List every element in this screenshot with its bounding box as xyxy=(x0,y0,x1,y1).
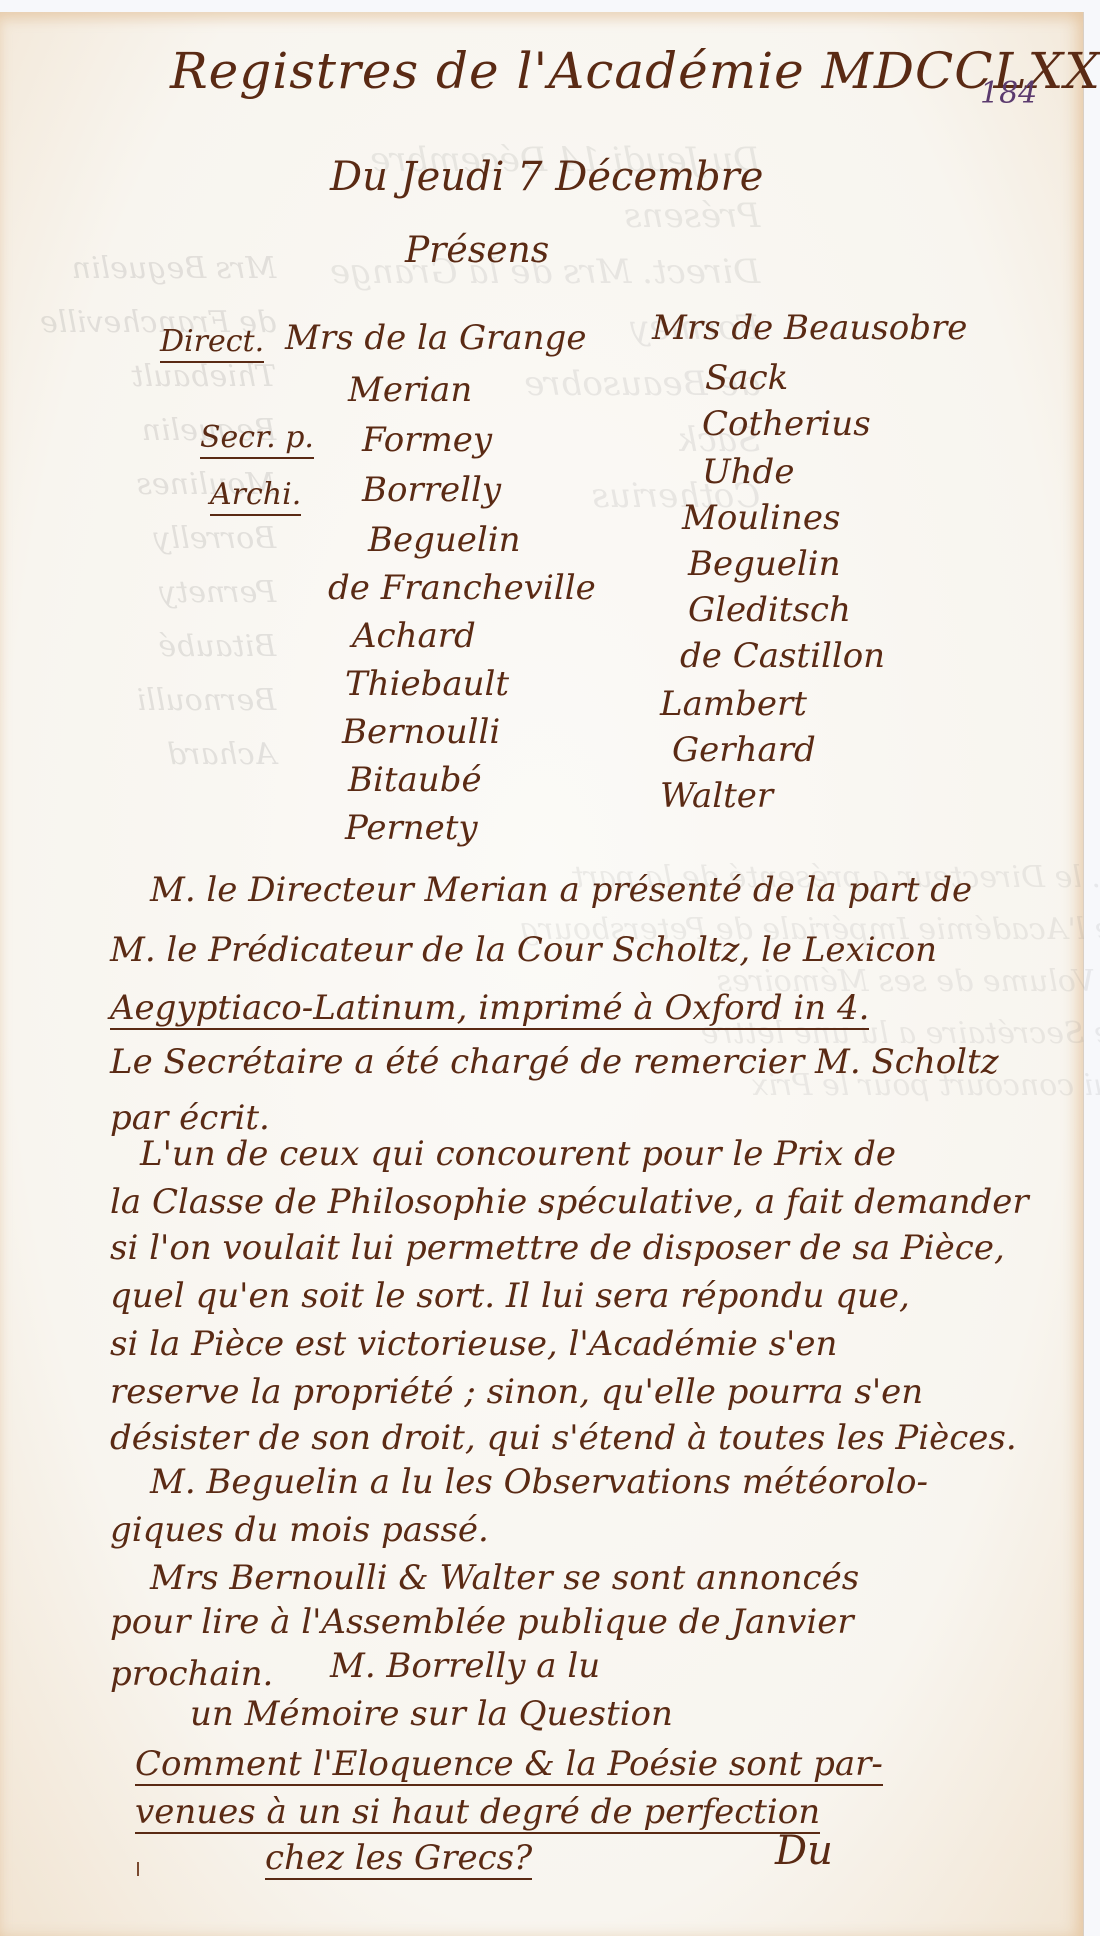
minutes-line: si la Pièce est victorieuse, l'Académie … xyxy=(110,1324,837,1364)
catchword: Du xyxy=(775,1828,833,1874)
member-name: Uhde xyxy=(702,452,794,492)
minutes-line-question: Comment l'Eloquence & la Poésie sont par… xyxy=(135,1744,883,1786)
minutes-line: reserve la propriété ; sinon, qu'elle po… xyxy=(110,1372,923,1412)
register-heading: Registres de l'Académie MDCCLXXV. xyxy=(170,42,1100,100)
minutes-line: Le Secrétaire a été chargé de remercier … xyxy=(110,1042,999,1082)
minutes-line: giques du mois passé. xyxy=(110,1510,489,1550)
manuscript-page: Mrs Beguelinde FranchevilleThiebaultBegu… xyxy=(0,12,1084,1936)
member-name: Borrelly xyxy=(362,470,501,510)
minutes-line: pour lire à l'Assemblée publique de Janv… xyxy=(110,1602,854,1642)
member-name: Thiebault xyxy=(345,664,509,704)
member-name: Mrs de Beausobre xyxy=(652,308,967,348)
member-name: Gleditsch xyxy=(688,590,851,630)
folio-number: 184 xyxy=(980,76,1037,111)
minutes-line-question: venues à un si haut degré de perfection xyxy=(135,1792,820,1834)
member-name: Merian xyxy=(348,370,472,410)
member-name: Formey xyxy=(362,420,492,460)
ink-mark xyxy=(137,1862,139,1876)
minutes-line: quel qu'en soit le sort. Il lui sera rép… xyxy=(110,1276,910,1316)
minutes-line: si l'on voulait lui permettre de dispose… xyxy=(110,1228,1005,1268)
minutes-line: un Mémoire sur la Question xyxy=(190,1694,673,1734)
role-director: Direct. xyxy=(160,324,264,363)
minutes-line: M. Beguelin a lu les Observations météor… xyxy=(150,1462,928,1502)
minutes-line: par écrit. xyxy=(110,1098,270,1138)
minutes-line: M. le Prédicateur de la Cour Scholtz, le… xyxy=(110,930,937,970)
attendance-heading: Présens xyxy=(405,230,549,271)
member-name: Beguelin xyxy=(688,544,841,584)
member-name: Moulines xyxy=(682,498,840,538)
member-name: Pernety xyxy=(345,808,478,848)
minutes-line: Mrs Bernoulli & Walter se sont annoncés xyxy=(150,1558,859,1598)
member-name: Achard xyxy=(352,616,476,656)
member-name: Beguelin xyxy=(368,520,521,560)
minutes-line: prochain. xyxy=(110,1654,273,1694)
minutes-line: M. Borrelly a lu xyxy=(330,1646,600,1686)
member-name: Gerhard xyxy=(672,730,816,770)
minutes-line-book-title: Aegyptiaco-Latinum, imprimé à Oxford in … xyxy=(110,988,869,1030)
member-name: Lambert xyxy=(660,684,807,724)
meeting-date: Du Jeudi 7 Décembre xyxy=(330,154,763,200)
minutes-line: désister de son droit, qui s'étend à tou… xyxy=(110,1418,1017,1458)
member-name: de Francheville xyxy=(328,568,596,608)
member-name: Mrs de la Grange xyxy=(285,318,586,358)
member-name: Cotherius xyxy=(702,404,871,444)
role-secretary: Secr. p. xyxy=(200,420,314,459)
minutes-line: M. le Directeur Merian a présenté de la … xyxy=(150,870,972,910)
member-name: Bitaubé xyxy=(348,760,482,800)
minutes-line-question: chez les Grecs? xyxy=(265,1838,532,1880)
member-name: de Castillon xyxy=(680,636,885,676)
minutes-line: la Classe de Philosophie spéculative, a … xyxy=(110,1182,1029,1222)
member-name: Bernoulli xyxy=(342,712,500,752)
member-name: Walter xyxy=(660,776,773,816)
role-archivist: Archi. xyxy=(210,477,301,516)
minutes-line: L'un de ceux qui concourent pour le Prix… xyxy=(140,1134,896,1174)
member-name: Sack xyxy=(705,358,788,398)
